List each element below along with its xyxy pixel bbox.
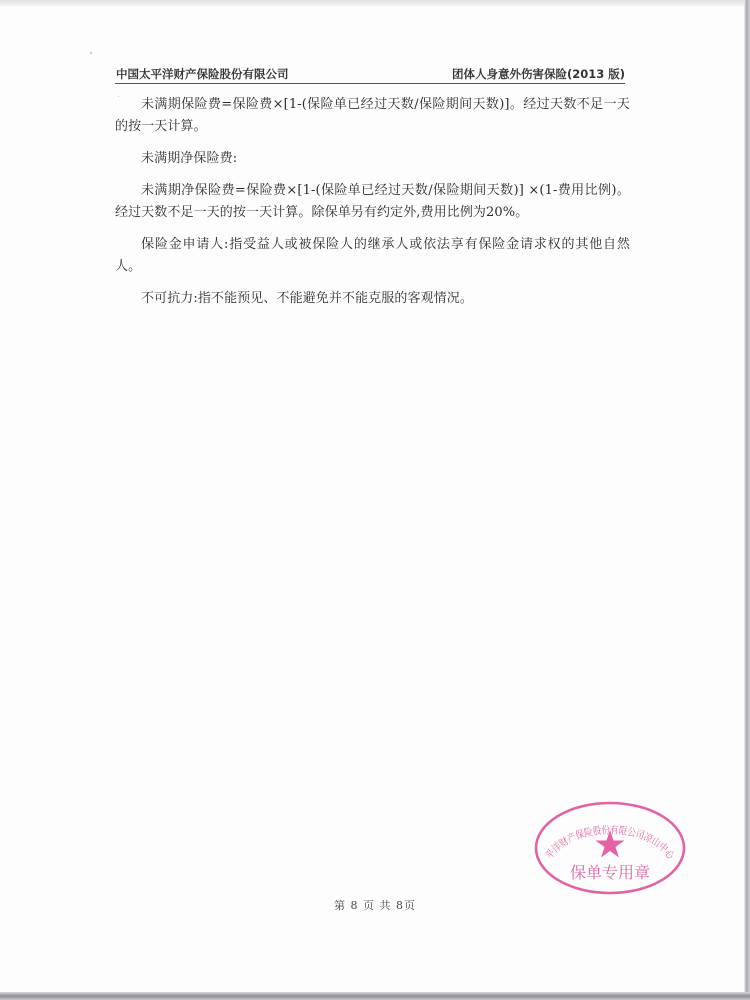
document-body: 未满期保险费=保险费×[1-(保险单已经过天数/保险期间天数)]。经过天数不足一… <box>115 94 630 320</box>
scan-border-right <box>744 0 750 1000</box>
paragraph-net-premium-formula: 未满期净保险费=保险费×[1-(保险单已经过天数/保险期间天数)] ×(1-费用… <box>115 180 630 224</box>
paragraph-net-premium-heading: 未满期净保险费: <box>115 148 630 170</box>
page-header: 中国太平洋财产保险股份有限公司 团体人身意外伤害保险(2013 版) <box>115 64 625 84</box>
paragraph-claimant-definition: 保险金申请人:指受益人或被保险人的继承人或依法享有保险金请求权的其他自然人。 <box>115 234 630 278</box>
scan-speck <box>90 52 92 54</box>
paragraph-unexpired-premium: 未满期保险费=保险费×[1-(保险单已经过天数/保险期间天数)]。经过天数不足一… <box>115 94 630 138</box>
scan-border-bottom <box>0 992 750 1000</box>
stamp-center-text: 保单专用章 <box>570 863 650 882</box>
paragraph-force-majeure-definition: 不可抗力:指不能预见、不能避免并不能克服的客观情况。 <box>115 288 630 310</box>
official-seal-stamp: 中国太平洋财产保险股份有限公司凉山中心支公司 保单专用章 <box>533 800 687 896</box>
header-product-name: 团体人身意外伤害保险(2013 版) <box>452 66 625 82</box>
header-company-name: 中国太平洋财产保险股份有限公司 <box>116 66 289 82</box>
page-number: 第 8 页 共 8页 <box>0 897 750 913</box>
scan-border-top <box>0 0 750 6</box>
